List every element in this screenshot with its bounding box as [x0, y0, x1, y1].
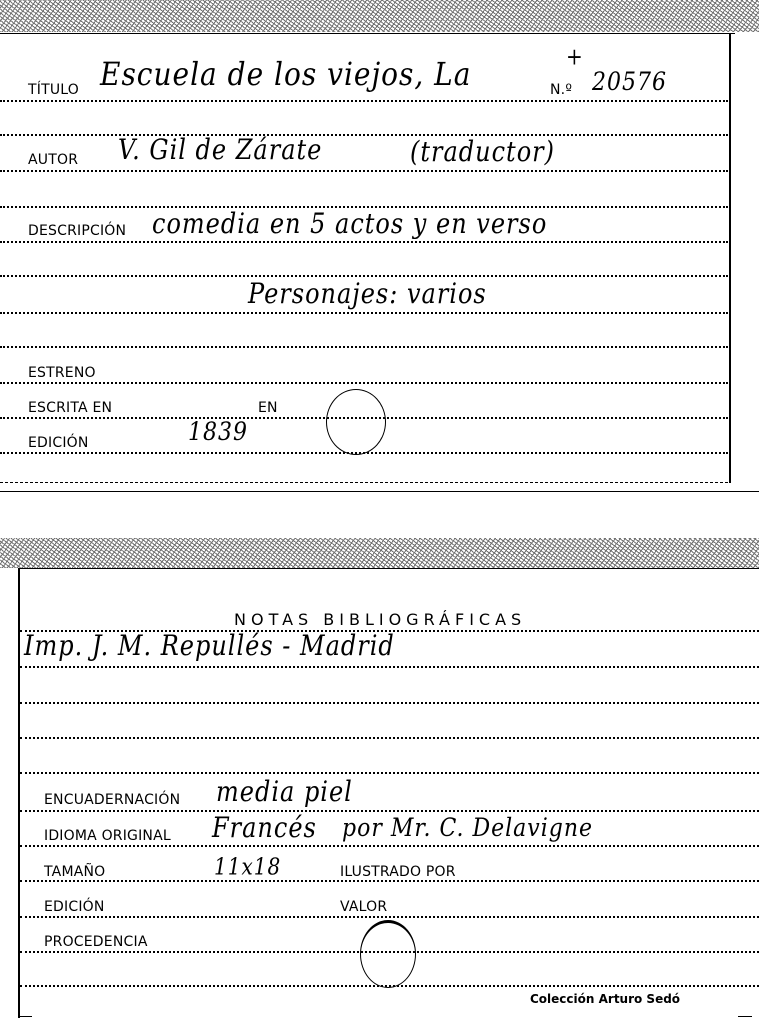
encuadernacion-value: media piel — [216, 776, 353, 808]
escrita-en-label: ESCRITA EN — [28, 400, 112, 416]
rule-autor — [0, 170, 728, 172]
idioma-original-extra: por Mr. C. Delavigne — [342, 814, 593, 843]
scan-noise-band — [0, 538, 759, 568]
rule-notes-3 — [20, 702, 759, 704]
rule-estreno — [0, 382, 728, 384]
descripcion-value: comedia en 5 actos y en verso — [152, 208, 547, 240]
rule-notes-2 — [20, 666, 759, 668]
autor-note: (traductor) — [410, 136, 555, 168]
punch-hole-circle — [360, 920, 416, 988]
rule-idioma — [20, 845, 759, 847]
edicion-label: EDICIÓN — [28, 435, 89, 451]
tamano-label: TAMAÑO — [44, 864, 105, 880]
autor-label: AUTOR — [28, 152, 78, 168]
edicion-value: 1839 — [188, 418, 248, 447]
rule-c — [0, 275, 728, 277]
en-label: EN — [258, 400, 278, 416]
estreno-label: ESTRENO — [28, 365, 96, 381]
procedencia-label: PROCEDENCIA — [44, 934, 148, 950]
idioma-original-label: IDIOMA ORIGINAL — [44, 828, 171, 844]
corner-mark-right — [738, 1016, 752, 1017]
top-rule — [0, 33, 735, 34]
idioma-original-value: Francés — [212, 812, 317, 844]
titulo-value: Escuela de los viejos, La — [100, 55, 471, 93]
top-rule — [18, 568, 759, 569]
rule-notes-4 — [20, 737, 759, 739]
punch-hole-circle — [326, 389, 386, 455]
card-bottom-edge — [0, 482, 728, 483]
catalog-card-front: TÍTULO Escuela de los viejos, La N.º + 2… — [0, 0, 759, 495]
rule-edicion — [20, 916, 759, 918]
card-separator — [0, 491, 759, 492]
valor-label: VALOR — [340, 899, 387, 915]
numero-value: 20576 — [592, 68, 667, 97]
rule-notes-5 — [20, 772, 759, 774]
corner-mark-left — [18, 1016, 32, 1017]
rule-d — [0, 312, 728, 314]
rule-a — [0, 134, 728, 136]
rule-titulo — [0, 100, 728, 102]
numero-mark: + — [566, 42, 584, 70]
collection-credit: Colección Arturo Sedó — [530, 992, 680, 1006]
ilustrado-por-label: ILUSTRADO POR — [340, 864, 456, 880]
autor-value: V. Gil de Zárate — [118, 134, 322, 166]
right-border — [729, 33, 731, 483]
rule-e — [0, 346, 728, 348]
scan-noise-band — [0, 0, 759, 32]
notes-heading: NOTAS BIBLIOGRÁFICAS — [234, 610, 526, 629]
descripcion-line2: Personajes: varios — [248, 278, 487, 310]
descripcion-label: DESCRIPCIÓN — [28, 223, 126, 239]
numero-label: N.º — [550, 82, 572, 98]
edicion-back-label: EDICIÓN — [44, 899, 105, 915]
catalog-card-back: NOTAS BIBLIOGRÁFICAS Imp. J. M. Repullés… — [0, 530, 759, 1028]
titulo-label: TÍTULO — [28, 82, 79, 98]
rule-encuadernacion — [20, 810, 759, 812]
rule-descripcion — [0, 241, 728, 243]
encuadernacion-label: ENCUADERNACIÓN — [44, 792, 180, 808]
rule-tamano — [20, 880, 759, 882]
notes-value: Imp. J. M. Repullés - Madrid — [24, 630, 395, 662]
tamano-value: 11x18 — [214, 852, 281, 880]
